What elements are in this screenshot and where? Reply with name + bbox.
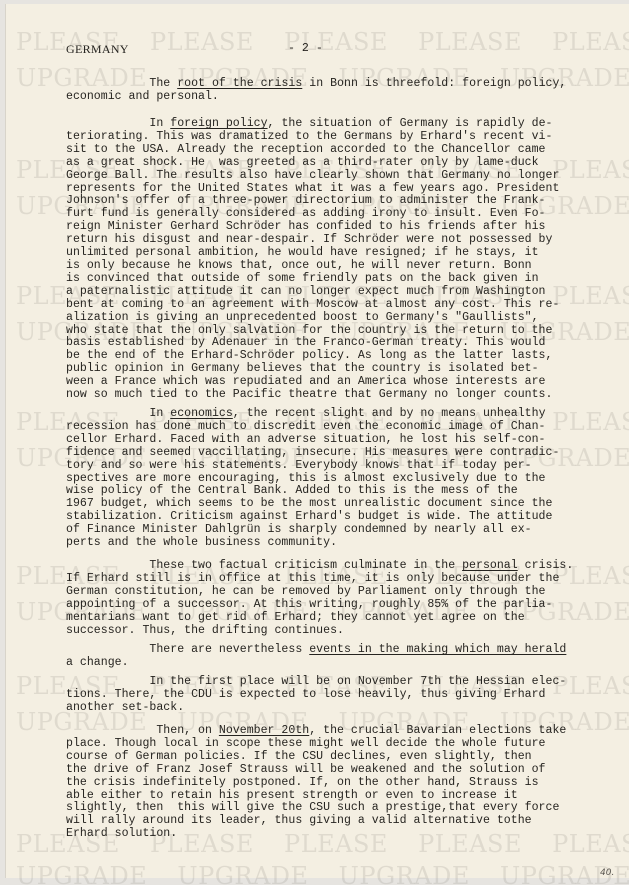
- underlined-phrase: economics: [170, 407, 233, 420]
- text-line: fidence and seemed vaccillating, insecur…: [66, 447, 608, 460]
- text-line: bent at coming to an agreement with Mosc…: [66, 299, 608, 312]
- paragraph-economics: In economics, the recent slight and by n…: [66, 408, 608, 550]
- text-line: now so much tied to the Pacific theatre …: [66, 389, 608, 402]
- text-line: cellor Erhard. Faced with an adverse sit…: [66, 434, 608, 447]
- underlined-phrase: events in the making which may herald: [309, 643, 566, 656]
- text-line: tions. There, the CDU is expected to los…: [66, 689, 608, 702]
- text-line: In the first place will be on November 7…: [66, 676, 608, 689]
- text-line: perts and the whole business community.: [66, 537, 608, 550]
- text-line: In foreign policy, the situation of Germ…: [66, 118, 608, 131]
- text-line: George Ball. The results also have clear…: [66, 170, 608, 183]
- text-line: as a great shock. He was greeted as a th…: [66, 157, 608, 170]
- text-line: is convinced that outside of some friend…: [66, 273, 608, 286]
- text-line: teriorating. This was dramatized to the …: [66, 131, 608, 144]
- text-line: economic and personal.: [66, 91, 608, 104]
- text-line: a change.: [66, 657, 608, 670]
- page-number: - 2 -: [288, 42, 323, 55]
- text-line: mentarians want to get rid of Erhard; th…: [66, 612, 608, 625]
- underlined-phrase: personal: [462, 559, 518, 572]
- text-line: recession has done much to discredit eve…: [66, 421, 608, 434]
- text-line: appointing of a successor. At this writi…: [66, 599, 608, 612]
- paragraph-events: There are nevertheless events in the mak…: [66, 644, 608, 670]
- paragraph-personal-crisis: These two factual criticism culminate in…: [66, 560, 608, 637]
- underlined-phrase: November 20th: [219, 724, 309, 737]
- text-line: In economics, the recent slight and by n…: [66, 408, 608, 421]
- paragraph-bavarian-elections: Then, on November 20th, the crucial Bava…: [66, 725, 608, 841]
- text-line: alization is giving an unprecedented boo…: [66, 312, 608, 325]
- text-line: place. Though local in scope these might…: [66, 738, 608, 751]
- text-line: The root of the crisis in Bonn is threef…: [66, 78, 608, 91]
- text-line: If Erhard still is in office at this tim…: [66, 573, 608, 586]
- text-line: another set-back.: [66, 702, 608, 715]
- text-line: There are nevertheless events in the mak…: [66, 644, 608, 657]
- underlined-phrase: foreign policy: [170, 117, 267, 130]
- text-line: Then, on November 20th, the crucial Bava…: [66, 725, 608, 738]
- text-line: course of German policies. If the CSU de…: [66, 751, 608, 764]
- text-line: sit to the USA. Already the reception ac…: [66, 144, 608, 157]
- paragraph-foreign-policy: In foreign policy, the situation of Germ…: [66, 118, 608, 402]
- text-line: is only because he knows that, once out,…: [66, 260, 608, 273]
- typed-memo: GERMANY - 2 - The root of the crisis in …: [0, 0, 629, 885]
- text-line: a paternalistic attitude it can no longe…: [66, 286, 608, 299]
- header-country: GERMANY: [66, 42, 129, 57]
- text-line: successor. Thus, the drifting continues.: [66, 625, 608, 638]
- text-line: the drive of Franz Josef Strauss will be…: [66, 764, 608, 777]
- paragraph-root-of-crisis: The root of the crisis in Bonn is threef…: [66, 78, 608, 104]
- text-line: tory and so were his statements. Everybo…: [66, 460, 608, 473]
- paragraph-hessian-elections: In the first place will be on November 7…: [66, 676, 608, 715]
- folio-number: 40.: [600, 868, 614, 878]
- text-line: German constitution, he can be removed b…: [66, 586, 608, 599]
- text-line: These two factual criticism culminate in…: [66, 560, 608, 573]
- text-line: Erhard solution.: [66, 828, 608, 841]
- text-line: the crisis indefinitely postponed. If, o…: [66, 777, 608, 790]
- underlined-phrase: root of the crisis: [177, 77, 302, 90]
